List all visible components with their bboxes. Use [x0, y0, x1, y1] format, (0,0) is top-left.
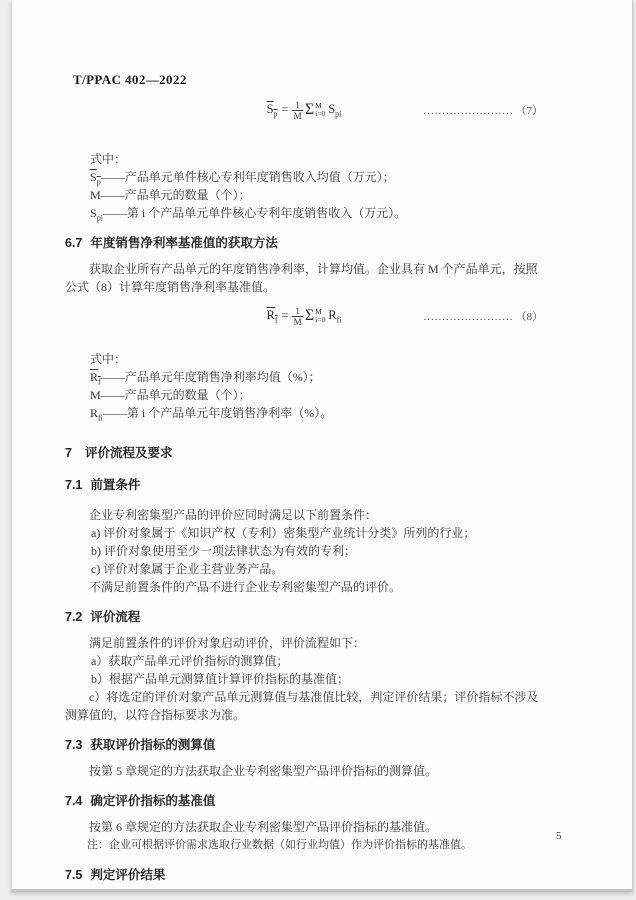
- sum-limits: Mi=0: [315, 308, 325, 324]
- formula-8: Rf=1MΣMi=0Rfi ........................（8…: [65, 302, 543, 330]
- where-clause: 式中：: [90, 150, 543, 168]
- section-6-7-heading: 6.7年度销售净利率基准值的获取方法: [65, 234, 543, 252]
- section-7-3-heading: 7.3获取评价指标的测算值: [65, 736, 543, 754]
- definition-line: Rf——产品单元年度销售净利率均值（%）；: [90, 368, 543, 386]
- definition-text: 产品单元单件核心专利年度销售收入均值（万元）；: [125, 170, 395, 184]
- section-7-4-note: 注：企业可根据评价需求选取行业数据（如行业均值）作为评价指标的基准值。: [65, 836, 543, 854]
- list-item-c-paragraph: c）将选定的评价对象产品单元测算值与基准值比较，判定评价结果；评价指标不涉及测算…: [65, 688, 543, 724]
- formula-7: Sp=1MΣMi=0Spi ........................（7…: [65, 96, 543, 124]
- equation-number-8: ........................（8）: [424, 308, 544, 326]
- list-item-c: c) 评价对象属于企业主营业务产品。: [91, 560, 543, 578]
- page-number: 5: [556, 830, 562, 842]
- formula-term: M: [90, 388, 101, 402]
- definition-text: 第 i 个产品单元单件核心专利年度销售收入（万元）。: [127, 206, 406, 220]
- equation-number-7: ........................（7）: [424, 102, 544, 120]
- formula-8-rhs: Rfi: [328, 308, 341, 322]
- definition-text: 第 i 个产品单元年度销售净利率（%）。: [127, 406, 332, 420]
- sigma-symbol: Σ: [305, 101, 314, 118]
- list-item-a: a）获取产品单元评价指标的测算值；: [91, 652, 543, 670]
- section-7-4-heading: 7.4确定评价指标的基准值: [65, 792, 543, 810]
- formula-term: M: [90, 188, 101, 202]
- fraction: 1M: [292, 100, 303, 121]
- formula-term: Rfi: [90, 406, 103, 420]
- formula-8-lhs: Rf: [267, 308, 278, 322]
- fraction: 1M: [292, 306, 303, 327]
- document-page: T/PPAC 402—2022 Sp=1MΣMi=0Spi ..........…: [11, 0, 633, 892]
- where-clause: 式中：: [90, 350, 543, 368]
- section-7-heading: 7评价流程及要求: [65, 444, 543, 462]
- equals-sign: =: [282, 308, 289, 322]
- formula-term: Spi: [90, 206, 103, 220]
- formula-7-expression: Sp=1MΣMi=0Spi: [267, 100, 342, 121]
- definition-text: 产品单元年度销售净利率均值（%）；: [125, 370, 321, 384]
- section-7-2-heading: 7.2评价流程: [65, 608, 543, 626]
- list-item-b: b) 评价对象使用至少一项法律状态为有效的专利；: [91, 542, 543, 560]
- list-item-b: b）根据产品单元测算值计算评价指标的基准值；: [91, 670, 543, 688]
- definition-line: Sp——产品单元单件核心专利年度销售收入均值（万元）；: [90, 168, 543, 186]
- formula-8-expression: Rf=1MΣMi=0Rfi: [267, 306, 342, 327]
- section-7-1-paragraph-2: 不满足前置条件的产品不进行企业专利密集型产品的评价。: [65, 578, 543, 596]
- section-7-4-paragraph: 按第 6 章规定的方法获取企业专利密集型产品评价指标的基准值。: [65, 818, 543, 836]
- sigma-symbol: Σ: [305, 307, 314, 324]
- definition-line: M——产品单元的数量（个）；: [90, 386, 543, 404]
- equals-sign: =: [282, 102, 289, 116]
- definition-text: 产品单元的数量（个）；: [125, 188, 251, 202]
- section-7-1-heading: 7.1前置条件: [65, 476, 543, 494]
- page-content: T/PPAC 402—2022 Sp=1MΣMi=0Spi ..........…: [65, 0, 543, 884]
- section-7-3-paragraph: 按第 5 章规定的方法获取企业专利密集型产品评价指标的测算值。: [65, 762, 543, 780]
- definition-line: M——产品单元的数量（个）；: [90, 186, 543, 204]
- formula-term: Rf: [90, 370, 101, 384]
- section-7-1-paragraph: 企业专利密集型产品的评价应同时满足以下前置条件：: [65, 506, 543, 524]
- formula-term: Sp: [90, 170, 101, 184]
- sum-limits: Mi=0: [315, 102, 325, 118]
- definition-line: Spi——第 i 个产品单元单件核心专利年度销售收入（万元）。: [90, 204, 543, 222]
- formula-7-rhs: Spi: [328, 102, 341, 116]
- definition-line: Rfi——第 i 个产品单元年度销售净利率（%）。: [90, 404, 543, 422]
- definition-text: 产品单元的数量（个）；: [125, 388, 251, 402]
- section-7-5-heading: 7.5判定评价结果: [65, 866, 543, 884]
- section-6-7-paragraph: 获取企业所有产品单元的年度销售净利率，计算均值。企业具有 M 个产品单元，按照公…: [65, 260, 543, 296]
- section-7-2-paragraph: 满足前置条件的评价对象启动评价，评价流程如下：: [65, 634, 543, 652]
- formula-7-lhs: Sp: [267, 102, 278, 116]
- document-header: T/PPAC 402—2022: [73, 72, 543, 88]
- list-item-a: a) 评价对象属于《知识产权（专利）密集型产业统计分类》所列的行业；: [91, 524, 543, 542]
